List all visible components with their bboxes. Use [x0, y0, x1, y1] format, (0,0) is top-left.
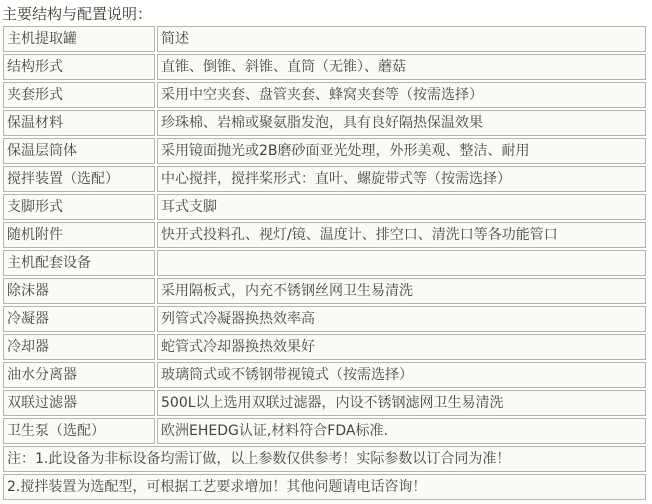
spec-label-cell: 主机提取罐 — [3, 26, 155, 52]
table-row: 夹套形式 采用中空夹套、盘管夹套、蜂窝夹套等（按需选择） — [3, 82, 646, 108]
spec-label-cell: 主机配套设备 — [3, 250, 155, 276]
note-row: 注：1.此设备为非标设备均需订做，以上参数仅供参考！实际参数以订合同为准！ — [3, 446, 646, 472]
spec-value-cell: 欧洲EHEDG认证,材料符合FDA标准. — [157, 418, 646, 444]
spec-value-cell: 简述 — [157, 26, 646, 52]
spec-label-cell: 除沫器 — [3, 278, 155, 304]
table-row: 主机配套设备 — [3, 250, 646, 276]
table-row: 搅拌装置（选配） 中心搅拌，搅拌桨形式：直叶、螺旋带式等（按需选择） — [3, 166, 646, 192]
spec-table: 主机提取罐 简述 结构形式 直锥、倒锥、斜锥、直筒（无锥）、蘑菇 夹套形式 采用… — [1, 24, 648, 502]
spec-value-cell: 采用隔板式，内充不锈钢丝网卫生易清洗 — [157, 278, 646, 304]
table-row: 冷凝器 列管式冷凝器换热效率高 — [3, 306, 646, 332]
spec-label-cell: 冷却器 — [3, 334, 155, 360]
table-row: 卫生泵（选配） 欧洲EHEDG认证,材料符合FDA标准. — [3, 418, 646, 444]
spec-value-cell: 珍珠棉、岩棉或聚氨脂发泡，具有良好隔热保温效果 — [157, 110, 646, 136]
table-row: 双联过滤器 500L以上选用双联过滤器，内设不锈钢滤网卫生易清洗 — [3, 390, 646, 416]
table-row: 保温材料 珍珠棉、岩棉或聚氨脂发泡，具有良好隔热保温效果 — [3, 110, 646, 136]
spec-label-cell: 保温层筒体 — [3, 138, 155, 164]
spec-value-cell: 500L以上选用双联过滤器，内设不锈钢滤网卫生易清洗 — [157, 390, 646, 416]
table-row: 保温层筒体 采用镜面抛光或2B磨砂面亚光处理，外形美观、整洁、耐用 — [3, 138, 646, 164]
spec-label-cell: 搅拌装置（选配） — [3, 166, 155, 192]
spec-value-cell: 列管式冷凝器换热效率高 — [157, 306, 646, 332]
spec-value-cell: 直锥、倒锥、斜锥、直筒（无锥）、蘑菇 — [157, 54, 646, 80]
spec-label-cell: 支脚形式 — [3, 194, 155, 220]
spec-label-cell: 夹套形式 — [3, 82, 155, 108]
spec-label-cell: 卫生泵（选配） — [3, 418, 155, 444]
spec-value-cell: 蛇管式冷却器换热效果好 — [157, 334, 646, 360]
spec-label-cell: 随机附件 — [3, 222, 155, 248]
table-row: 冷却器 蛇管式冷却器换热效果好 — [3, 334, 646, 360]
note-row: 2.搅拌装置为选配型，可根据工艺要求增加！其他问题请电话咨询！ — [3, 474, 646, 500]
spec-label-cell: 油水分离器 — [3, 362, 155, 388]
spec-value-cell: 中心搅拌，搅拌桨形式：直叶、螺旋带式等（按需选择） — [157, 166, 646, 192]
spec-value-cell: 采用中空夹套、盘管夹套、蜂窝夹套等（按需选择） — [157, 82, 646, 108]
spec-value-cell: 玻璃筒式或不锈钢带视镜式（按需选择） — [157, 362, 646, 388]
spec-label-cell: 冷凝器 — [3, 306, 155, 332]
table-row: 除沫器 采用隔板式，内充不锈钢丝网卫生易清洗 — [3, 278, 646, 304]
spec-value-cell — [157, 250, 646, 276]
spec-label-cell: 双联过滤器 — [3, 390, 155, 416]
note-cell: 2.搅拌装置为选配型，可根据工艺要求增加！其他问题请电话咨询！ — [3, 474, 646, 500]
page-title: 主要结构与配置说明： — [0, 0, 652, 24]
spec-value-cell: 耳式支脚 — [157, 194, 646, 220]
table-row: 随机附件 快开式投料孔、视灯/镜、温度计、排空口、清洗口等各功能管口 — [3, 222, 646, 248]
table-row: 主机提取罐 简述 — [3, 26, 646, 52]
page: 主要结构与配置说明： 主机提取罐 简述 结构形式 直锥、倒锥、斜锥、直筒（无锥）… — [0, 0, 652, 504]
spec-label-cell: 结构形式 — [3, 54, 155, 80]
table-row: 油水分离器 玻璃筒式或不锈钢带视镜式（按需选择） — [3, 362, 646, 388]
spec-value-cell: 快开式投料孔、视灯/镜、温度计、排空口、清洗口等各功能管口 — [157, 222, 646, 248]
spec-value-cell: 采用镜面抛光或2B磨砂面亚光处理，外形美观、整洁、耐用 — [157, 138, 646, 164]
table-row: 支脚形式 耳式支脚 — [3, 194, 646, 220]
spec-label-cell: 保温材料 — [3, 110, 155, 136]
note-cell: 注：1.此设备为非标设备均需订做，以上参数仅供参考！实际参数以订合同为准！ — [3, 446, 646, 472]
table-row: 结构形式 直锥、倒锥、斜锥、直筒（无锥）、蘑菇 — [3, 54, 646, 80]
